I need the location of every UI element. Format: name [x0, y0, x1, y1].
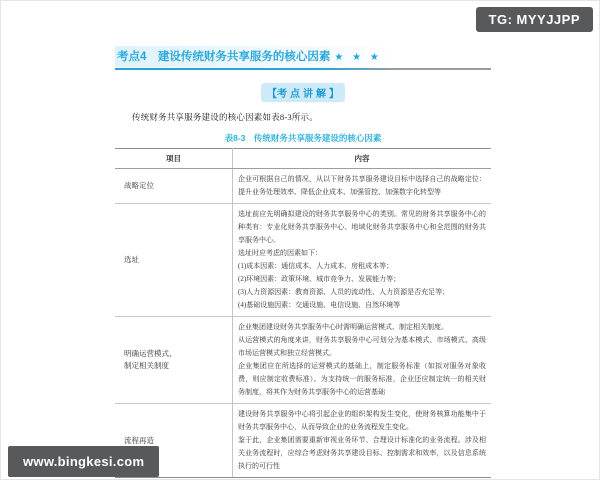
badge-label: 考点讲解 — [277, 89, 329, 100]
item-cell: 战略定位 — [115, 169, 233, 204]
content-paragraph: 选址时应考虑的因素如下： — [238, 247, 486, 260]
watermark-badge-top-right: TG: MYYJJPP — [476, 7, 593, 32]
content-cell: 企业集团建设财务共享服务中心时需明确运营模式、制定相关制度。从运营模式的角度来讲… — [233, 317, 492, 404]
content-paragraph: (1)成本因素：通信成本、人力成本、房租成本等； — [238, 260, 486, 273]
item-cell: 明确运营模式、制定相关制度 — [115, 317, 233, 404]
table-row: 明确运营模式、制定相关制度企业集团建设财务共享服务中心时需明确运营模式、制定相关… — [115, 317, 491, 404]
item-line: 选址 — [124, 254, 227, 266]
item-line: 制定相关制度 — [124, 360, 227, 372]
importance-stars: ★ ★ ★ — [334, 52, 381, 63]
table-caption: 表8-3 传统财务共享服务建设的核心因素 — [115, 132, 491, 144]
badge-row: 【考点讲解】 — [115, 83, 491, 102]
title-underline — [115, 68, 491, 70]
table-row: 战略定位企业可根据自己的情况，从以下财务共享服务建设目标中选择自己的战略定位：提… — [115, 169, 491, 204]
content-paragraph: 企业可根据自己的情况，从以下财务共享服务建设目标中选择自己的战略定位：提升业务处… — [238, 173, 486, 199]
table-row: 流程再造建设财务共享服务中心将引起企业的组织架构发生变化，使财务核算功能集中于财… — [115, 404, 491, 478]
section-title-text: 考点4 建设传统财务共享服务的核心因素 — [117, 51, 330, 63]
intro-paragraph: 传统财务共享服务建设的核心因素如表8-3所示。 — [115, 111, 491, 123]
content-cell: 建设财务共享服务中心将引起企业的组织架构发生变化，使财务核算功能集中于财务共享服… — [233, 404, 492, 478]
content-paragraph: 鉴于此，企业集团需要重新审视业务环节、合理设计标准化的业务流程。涉及相关业务流程… — [238, 434, 486, 473]
item-line: 流程再造 — [124, 435, 227, 447]
badge-bracket-left: 【 — [267, 89, 277, 100]
table-header-row: 项目 内容 — [115, 149, 491, 169]
textbook-page-screenshot: { "colors": { "accent_cyan": "#25a6da", … — [0, 0, 600, 480]
table-body: 战略定位企业可根据自己的情况，从以下财务共享服务建设目标中选择自己的战略定位：提… — [115, 169, 491, 478]
content-cell: 企业可根据自己的情况，从以下财务共享服务建设目标中选择自己的战略定位：提升业务处… — [233, 169, 492, 204]
item-cell: 选址 — [115, 204, 233, 317]
content-paragraph: (3)人力资源因素：教育资源、人员的流动性、人力资源是否充足等； — [238, 286, 486, 299]
header-item: 项目 — [115, 149, 233, 169]
content-paragraph: (4)基础设施因素：交通设施、电信设施、自然环境等 — [238, 299, 486, 312]
content-paragraph: 企业集团应在所选择的运营模式的基础上，制定服务标准（如拟对服务对象收费，则应制定… — [238, 360, 486, 399]
content-paragraph: 企业集团建设财务共享服务中心时需明确运营模式、制定相关制度。 — [238, 321, 486, 334]
content-cell: 选址前应先明确拟建设的财务共享服务中心的类别。常见的财务共享服务中心的种类有：专… — [233, 204, 492, 317]
watermark-badge-bottom-left: www.bingkesi.com — [8, 446, 159, 477]
content-paragraph: 建设财务共享服务中心将引起企业的组织架构发生变化，使财务核算功能集中于财务共享服… — [238, 408, 486, 434]
content-paragraph: (2)环境因素：政策环境、城市竞争力、发展能力等； — [238, 273, 486, 286]
core-factors-table: 项目 内容 战略定位企业可根据自己的情况，从以下财务共享服务建设目标中选择自己的… — [115, 148, 491, 478]
table-header: 项目 内容 — [115, 149, 491, 169]
content-paragraph: 选址前应先明确拟建设的财务共享服务中心的类别。常见的财务共享服务中心的种类有：专… — [238, 208, 486, 247]
book-page-content: 考点4 建设传统财务共享服务的核心因素★ ★ ★ 【考点讲解】 传统财务共享服务… — [115, 46, 491, 478]
header-content: 内容 — [233, 149, 492, 169]
table-row: 选址选址前应先明确拟建设的财务共享服务中心的类别。常见的财务共享服务中心的种类有… — [115, 204, 491, 317]
section-title: 考点4 建设传统财务共享服务的核心因素★ ★ ★ — [115, 46, 491, 67]
item-line: 战略定位 — [124, 180, 227, 192]
badge-bracket-right: 】 — [329, 89, 339, 100]
watermark-url-text: www.bingkesi.com — [23, 454, 144, 469]
content-paragraph: 从运营模式的角度来讲，财务共享服务中心可划分为基本模式、市场模式、高级市场运营模… — [238, 334, 486, 360]
watermark-text: TG: MYYJJPP — [489, 12, 580, 27]
lecture-point-badge: 【考点讲解】 — [261, 83, 345, 102]
item-line: 明确运营模式、 — [124, 348, 227, 360]
